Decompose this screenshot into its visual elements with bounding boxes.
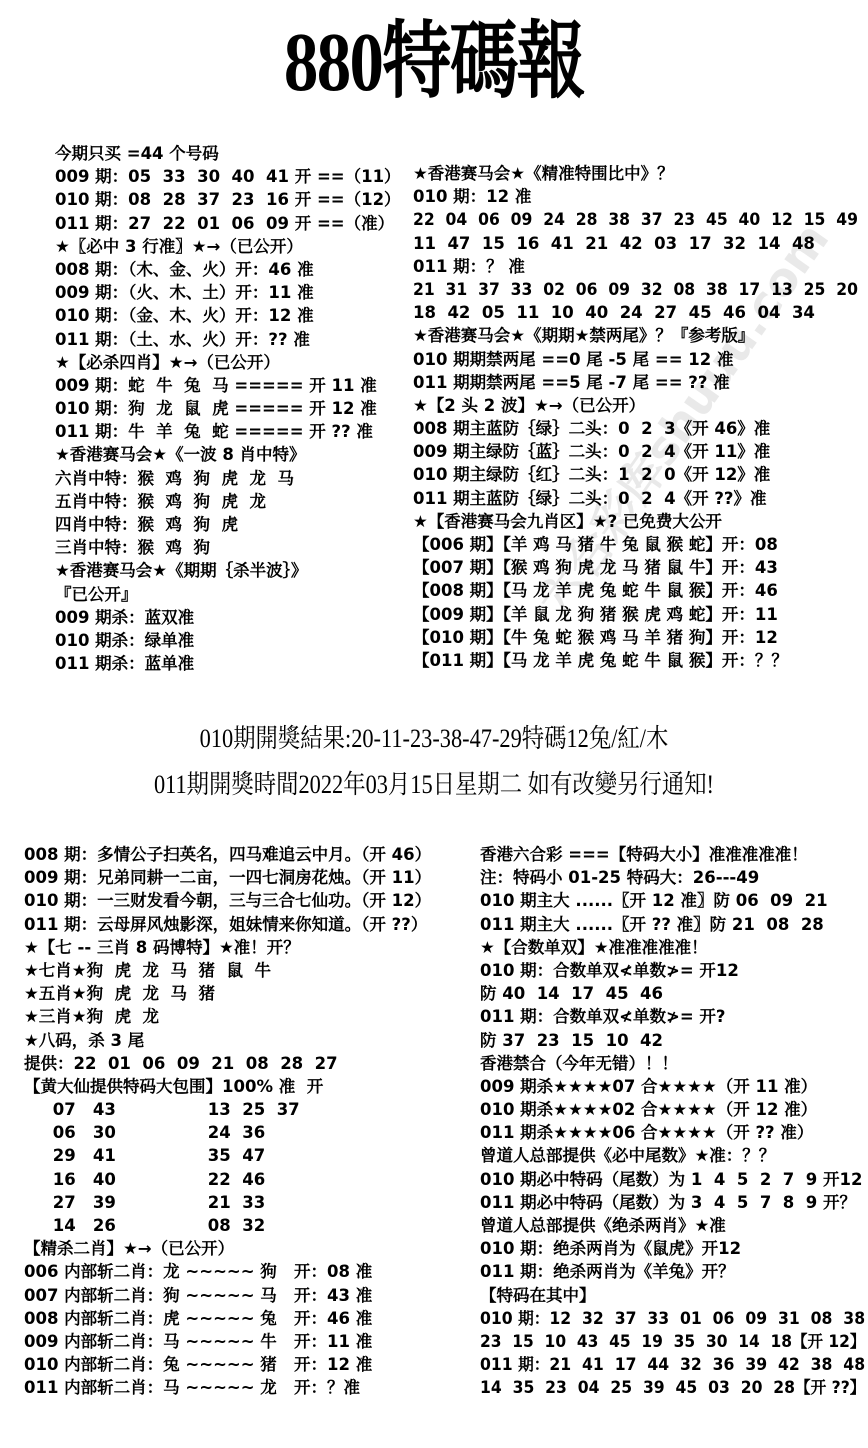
prediction-line: 防 40 14 17 45 46 (480, 982, 868, 1005)
prediction-line: 011 期期禁两尾 ==5 尾 -7 尾 == ?? 准 (413, 371, 868, 394)
prediction-line: ★【2 头 2 波】★→（已公开） (413, 394, 868, 417)
prediction-line: 16 40 22 46 (24, 1168, 431, 1191)
prediction-line: 香港禁合（今年无错）！！ (480, 1052, 868, 1075)
prediction-line: 防 37 23 15 10 42 (480, 1029, 868, 1052)
prediction-line: 011 期：绝杀两肖为《羊兔》开？ (480, 1260, 868, 1283)
prediction-line: 010 内部斩二肖：兔 ~~~~~ 猪 开：12 准 (24, 1353, 431, 1376)
prediction-line: 14 35 23 04 25 39 45 03 20 28【开 ??】 (480, 1376, 868, 1399)
draw-result-announcement: 010期開獎結果:20-11-23-38-47-29特碼12兔/紅/木 (61, 722, 807, 756)
prediction-line: ★【七 -- 三肖 8 码博特】★准！开？ (24, 936, 431, 959)
prediction-line: 006 内部斩二肖：龙 ~~~~~ 狗 开：08 准 (24, 1260, 431, 1283)
prediction-line: 010 期：一三财发看今朝，三与三合七仙功。（开 12） (24, 889, 431, 912)
prediction-line: ★香港赛马会★《期期★禁两尾》？『参考版』 (413, 324, 868, 347)
prediction-line: 011 期：27 22 01 06 09 开 ==（准） (55, 212, 401, 235)
prediction-line: ★【合数单双】★准准准准准！ (480, 936, 868, 959)
next-draw-announcement: 011期開獎時間2022年03月15日星期二 如有改變另行通知! (61, 768, 807, 802)
prediction-line: 010 期期禁两尾 ==0 尾 -5 尾 == 12 准 (413, 348, 868, 371)
prediction-line: 011 期：合数单双≮单数≯= 开? (480, 1005, 868, 1028)
prediction-line: 18 42 05 11 10 40 24 27 45 46 04 34 (413, 301, 868, 324)
prediction-line: 22 04 06 09 24 28 38 37 23 45 40 12 15 4… (413, 208, 858, 231)
prediction-line: 008 期主蓝防｛绿｝二头：0 2 3《开 46》准 (413, 417, 868, 440)
prediction-line: ★三肖★狗 虎 龙 (24, 1005, 431, 1028)
prediction-line: 011 期必中特码（尾数）为 3 4 5 7 8 9 开？ (480, 1191, 868, 1214)
prediction-line: 010 期：绝杀两肖为《鼠虎》开12 (480, 1237, 868, 1260)
prediction-line: 007 内部斩二肖：狗 ~~~~~ 马 开：43 准 (24, 1284, 431, 1307)
prediction-line: ★香港赛马会★《一波 8 肖中特》 (55, 443, 401, 466)
prediction-line: ★五肖★狗 虎 龙 马 猪 (24, 982, 431, 1005)
prediction-line: ★香港赛马会★《精准特围比中》？ (413, 162, 868, 185)
prediction-line: 07 43 13 25 37 (24, 1098, 431, 1121)
prediction-line: 008 期：（木、金、火）开：46 准 (55, 258, 401, 281)
prediction-line: 三肖中特：猴 鸡 狗 (55, 536, 401, 559)
prediction-line: 008 内部斩二肖：虎 ~~~~~ 兔 开：46 准 (24, 1307, 431, 1330)
prediction-line: 【010 期】【牛 兔 蛇 猴 鸡 马 羊 猪 狗】开：12 (413, 626, 868, 649)
prediction-line: 010 期必中特码（尾数）为 1 4 5 2 7 9 开12 (480, 1168, 868, 1191)
prediction-line: 27 39 21 33 (24, 1191, 431, 1214)
prediction-line: 010 期：（金、木、火）开：12 准 (55, 304, 401, 327)
prediction-line: 011 期：（土、水、火）开：?? 准 (55, 328, 401, 351)
prediction-line: 011 期杀★★★★06 合★★★★（开 ?? 准） (480, 1121, 868, 1144)
prediction-line: ★七肖★狗 虎 龙 马 猪 鼠 牛 (24, 959, 431, 982)
prediction-line: 009 期：蛇 牛 兔 马 ===== 开 11 准 (55, 374, 401, 397)
prediction-line: ★香港赛马会★《期期｛杀半波｝》 (55, 559, 401, 582)
prediction-line: 提供：22 01 06 09 21 08 28 27 (24, 1052, 431, 1075)
prediction-line: 010 期杀★★★★02 合★★★★（开 12 准） (480, 1098, 868, 1121)
prediction-line: 010 期：08 28 37 23 16 开 ==（12） (55, 188, 401, 211)
prediction-line: 【011 期】【马 龙 羊 虎 兔 蛇 牛 鼠 猴】开：？？ (413, 649, 868, 672)
prediction-line: 今期只买 =44 个号码 (55, 142, 401, 165)
prediction-line: 注：特码小 01-25 特码大：26---49 (480, 866, 868, 889)
prediction-line: 【007 期】【猴 鸡 狗 虎 龙 马 猪 鼠 牛】开：43 (413, 556, 868, 579)
prediction-line: 009 期杀：蓝双准 (55, 606, 401, 629)
bottom-right-column: 香港六合彩 ===【特码大小】准准准准准！注：特码小 01-25 特码大：26-… (480, 843, 868, 1400)
bottom-left-column: 008 期：多情公子扫英名，四马难追云中月。（开 46）009 期：兄弟同耕一二… (24, 843, 431, 1400)
prediction-line: 009 期主绿防｛蓝｝二头：0 2 4《开 11》准 (413, 440, 868, 463)
prediction-line: 23 15 10 43 45 19 35 30 14 18【开 12】 (480, 1330, 865, 1353)
prediction-line: 曾道人总部提供《必中尾数》★准：？？ (480, 1144, 868, 1167)
prediction-line: 011 期杀：蓝单准 (55, 652, 401, 675)
prediction-line: 11 47 15 16 41 21 42 03 17 32 14 48 (413, 232, 868, 255)
prediction-line: 【006 期】【羊 鸡 马 猪 牛 兔 鼠 猴 蛇】开：08 (413, 533, 868, 556)
prediction-line: 29 41 35 47 (24, 1144, 431, 1167)
prediction-line: 【008 期】【马 龙 羊 虎 兔 蛇 牛 鼠 猴】开：46 (413, 579, 868, 602)
prediction-line: 06 30 24 36 (24, 1121, 431, 1144)
prediction-line: 011 期：牛 羊 兔 蛇 ===== 开 ?? 准 (55, 420, 401, 443)
prediction-line: 香港六合彩 ===【特码大小】准准准准准！ (480, 843, 868, 866)
prediction-line: 010 期杀：绿单准 (55, 629, 401, 652)
prediction-line: 008 期：多情公子扫英名，四马难追云中月。（开 46） (24, 843, 431, 866)
prediction-line: 011 内部斩二肖：马 ~~~~~ 龙 开：？准 (24, 1376, 431, 1399)
prediction-line: ★【必杀四肖】★→（已公开） (55, 351, 401, 374)
prediction-line: 011 期主大 ......〖开 ?? 准〗防 21 08 28 (480, 913, 868, 936)
prediction-line: 009 期：05 33 30 40 41 开 ==（11） (55, 165, 401, 188)
prediction-line: 010 期：12 32 37 33 01 06 09 31 08 38 (480, 1307, 868, 1330)
prediction-line: 009 内部斩二肖：马 ~~~~~ 牛 开：11 准 (24, 1330, 431, 1353)
prediction-line: ★〖必中 3 行准〗★→（已公开） (55, 235, 401, 258)
prediction-line: 009 期：兄弟同耕一二亩，一四七洞房花烛。（开 11） (24, 866, 431, 889)
prediction-line: 010 期：合数单双≮单数≯= 开12 (480, 959, 868, 982)
prediction-line: 010 期：12 准 (413, 185, 868, 208)
prediction-line: 【特码在其中】 (480, 1284, 868, 1307)
prediction-line: 011 期：云母屏风烛影深，姐妹情来你知道。（开 ??） (24, 913, 431, 936)
prediction-line: 011 期：？ 准 (413, 255, 868, 278)
prediction-line: 14 26 08 32 (24, 1214, 431, 1237)
prediction-line: 009 期：（火、木、土）开：11 准 (55, 281, 401, 304)
prediction-line: 011 期主蓝防｛绿｝二头：0 2 4《开 ??》准 (413, 487, 868, 510)
prediction-line: 曾道人总部提供《绝杀两肖》★准 (480, 1214, 868, 1237)
prediction-line: 009 期杀★★★★07 合★★★★（开 11 准） (480, 1075, 868, 1098)
prediction-line: 五肖中特：猴 鸡 狗 虎 龙 (55, 490, 401, 513)
page-title: 880特碼報 (78, 18, 790, 108)
prediction-line: 『已公开』 (55, 583, 401, 606)
prediction-line: ★【香港赛马会九肖区】★? 已免费大公开 (413, 510, 868, 533)
prediction-line: 【009 期】【羊 鼠 龙 狗 猪 猴 虎 鸡 蛇】开：11 (413, 603, 868, 626)
prediction-line: 【精杀二肖】★→（已公开） (24, 1237, 431, 1260)
prediction-line: 【黄大仙提供特码大包围】100% 准 开 (24, 1075, 431, 1098)
prediction-line: ★八码，杀 3 尾 (24, 1029, 431, 1052)
prediction-line: 010 期：狗 龙 鼠 虎 ===== 开 12 准 (55, 397, 401, 420)
top-left-column: 今期只买 =44 个号码009 期：05 33 30 40 41 开 ==（11… (55, 142, 401, 675)
top-right-column: ★香港赛马会★《精准特围比中》？010 期：12 准22 04 06 09 24… (413, 162, 868, 672)
prediction-line: 21 31 37 33 02 06 09 32 08 38 17 13 25 2… (413, 278, 858, 301)
prediction-line: 四肖中特：猴 鸡 狗 虎 (55, 513, 401, 536)
prediction-line: 010 期主绿防｛红｝二头：1 2 0《开 12》准 (413, 463, 868, 486)
prediction-line: 010 期主大 ......〖开 12 准〗防 06 09 21 (480, 889, 868, 912)
prediction-line: 011 期：21 41 17 44 32 36 39 42 38 48 (480, 1353, 868, 1376)
prediction-line: 六肖中特：猴 鸡 狗 虎 龙 马 (55, 467, 401, 490)
